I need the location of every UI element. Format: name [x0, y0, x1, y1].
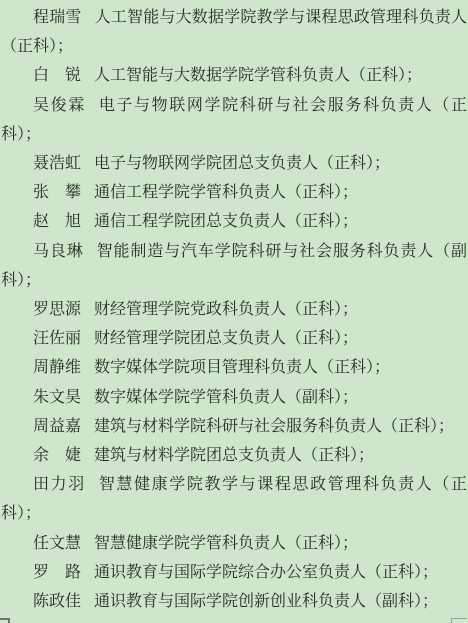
person-name: 陈政佳 [33, 593, 81, 610]
cropped-table-border-corner-right [451, 618, 467, 623]
cropped-table-border-corner-left [0, 618, 10, 623]
person-name: 任文慧 [33, 535, 81, 552]
roster-entry: 余 婕建筑与材料学院团总支负责人（正科）； [1, 441, 467, 470]
roster-entry: 聂浩虹电子与物联网学院团总支负责人（正科）； [1, 149, 467, 178]
roster-entry: 白 锐人工智能与大数据学院学管科负责人（正科）； [1, 61, 467, 90]
person-name: 罗 路 [33, 564, 81, 581]
person-name: 周静维 [33, 359, 81, 376]
position-title: 财经管理学院团总支负责人（正科）； [94, 330, 358, 347]
roster-entry: 赵 旭通信工程学院团总支负责人（正科）； [1, 207, 467, 236]
person-name: 吴俊霖 [33, 97, 86, 114]
position-title: 通信工程学院学管科负责人（正科）； [94, 184, 358, 201]
position-title: 建筑与材料学院科研与社会服务科负责人（正科）； [94, 418, 454, 435]
position-title: 数字媒体学院学管科负责人（副科）； [94, 389, 358, 406]
person-name: 程瑞雪 [33, 9, 82, 26]
roster-entry: 任文慧智慧健康学院学管科负责人（正科）； [1, 529, 467, 558]
position-title: 电子与物联网学院团总支负责人（正科）； [94, 155, 390, 172]
roster-list: 程瑞雪人工智能与大数据学院教学与课程思政管理科负责人（正科）； 白 锐人工智能与… [1, 3, 467, 616]
person-name: 朱文昊 [33, 389, 81, 406]
roster-entry: 程瑞雪人工智能与大数据学院教学与课程思政管理科负责人（正科）； [1, 3, 467, 61]
roster-entry: 周静维数字媒体学院项目管理科负责人（正科）； [1, 353, 467, 382]
position-title: 建筑与材料学院团总支负责人（正科）； [94, 447, 374, 464]
roster-entry: 汪佐丽财经管理学院团总支负责人（正科）； [1, 324, 467, 353]
position-title: 人工智能与大数据学院学管科负责人（正科）； [94, 67, 422, 84]
person-name: 赵 旭 [33, 213, 81, 230]
person-name: 马良琳 [33, 243, 84, 260]
roster-entry: 罗 路通识教育与国际学院综合办公室负责人（正科）； [1, 558, 467, 587]
person-name: 聂浩虹 [33, 155, 81, 172]
position-title: 数字媒体学院项目管理科负责人（正科）； [94, 359, 390, 376]
position-title: 通信工程学院团总支负责人（正科）； [94, 213, 358, 230]
roster-entry: 罗思源财经管理学院党政科负责人（正科）； [1, 295, 467, 324]
position-title: 通识教育与国际学院综合办公室负责人（正科）； [94, 564, 438, 581]
position-title: 智慧健康学院学管科负责人（正科）； [94, 535, 358, 552]
person-name: 张 攀 [33, 184, 81, 201]
position-title: 通识教育与国际学院创新创业科负责人（副科）； [94, 593, 438, 610]
roster-entry: 朱文昊数字媒体学院学管科负责人（副科）； [1, 383, 467, 412]
person-name: 余 婕 [33, 447, 81, 464]
person-name: 白 锐 [33, 67, 81, 84]
roster-entry: 马良琳智能制造与汽车学院科研与社会服务科负责人（副科）； [1, 237, 467, 295]
person-name: 罗思源 [33, 301, 81, 318]
position-title: 财经管理学院党政科负责人（正科）； [94, 301, 358, 318]
roster-entry: 周益嘉建筑与材料学院科研与社会服务科负责人（正科）； [1, 412, 467, 441]
roster-entry: 张 攀通信工程学院学管科负责人（正科）； [1, 178, 467, 207]
document-page: { "page": { "background": "#cee7ca", "te… [0, 0, 468, 623]
roster-entry: 田力羽智慧健康学院教学与课程思政管理科负责人（正科）； [1, 470, 467, 528]
person-name: 汪佐丽 [33, 330, 81, 347]
person-name: 周益嘉 [33, 418, 81, 435]
roster-entry: 陈政佳通识教育与国际学院创新创业科负责人（副科）； [1, 587, 467, 616]
person-name: 田力羽 [33, 476, 86, 493]
roster-entry: 吴俊霖电子与物联网学院科研与社会服务科负责人（正科）； [1, 91, 467, 149]
